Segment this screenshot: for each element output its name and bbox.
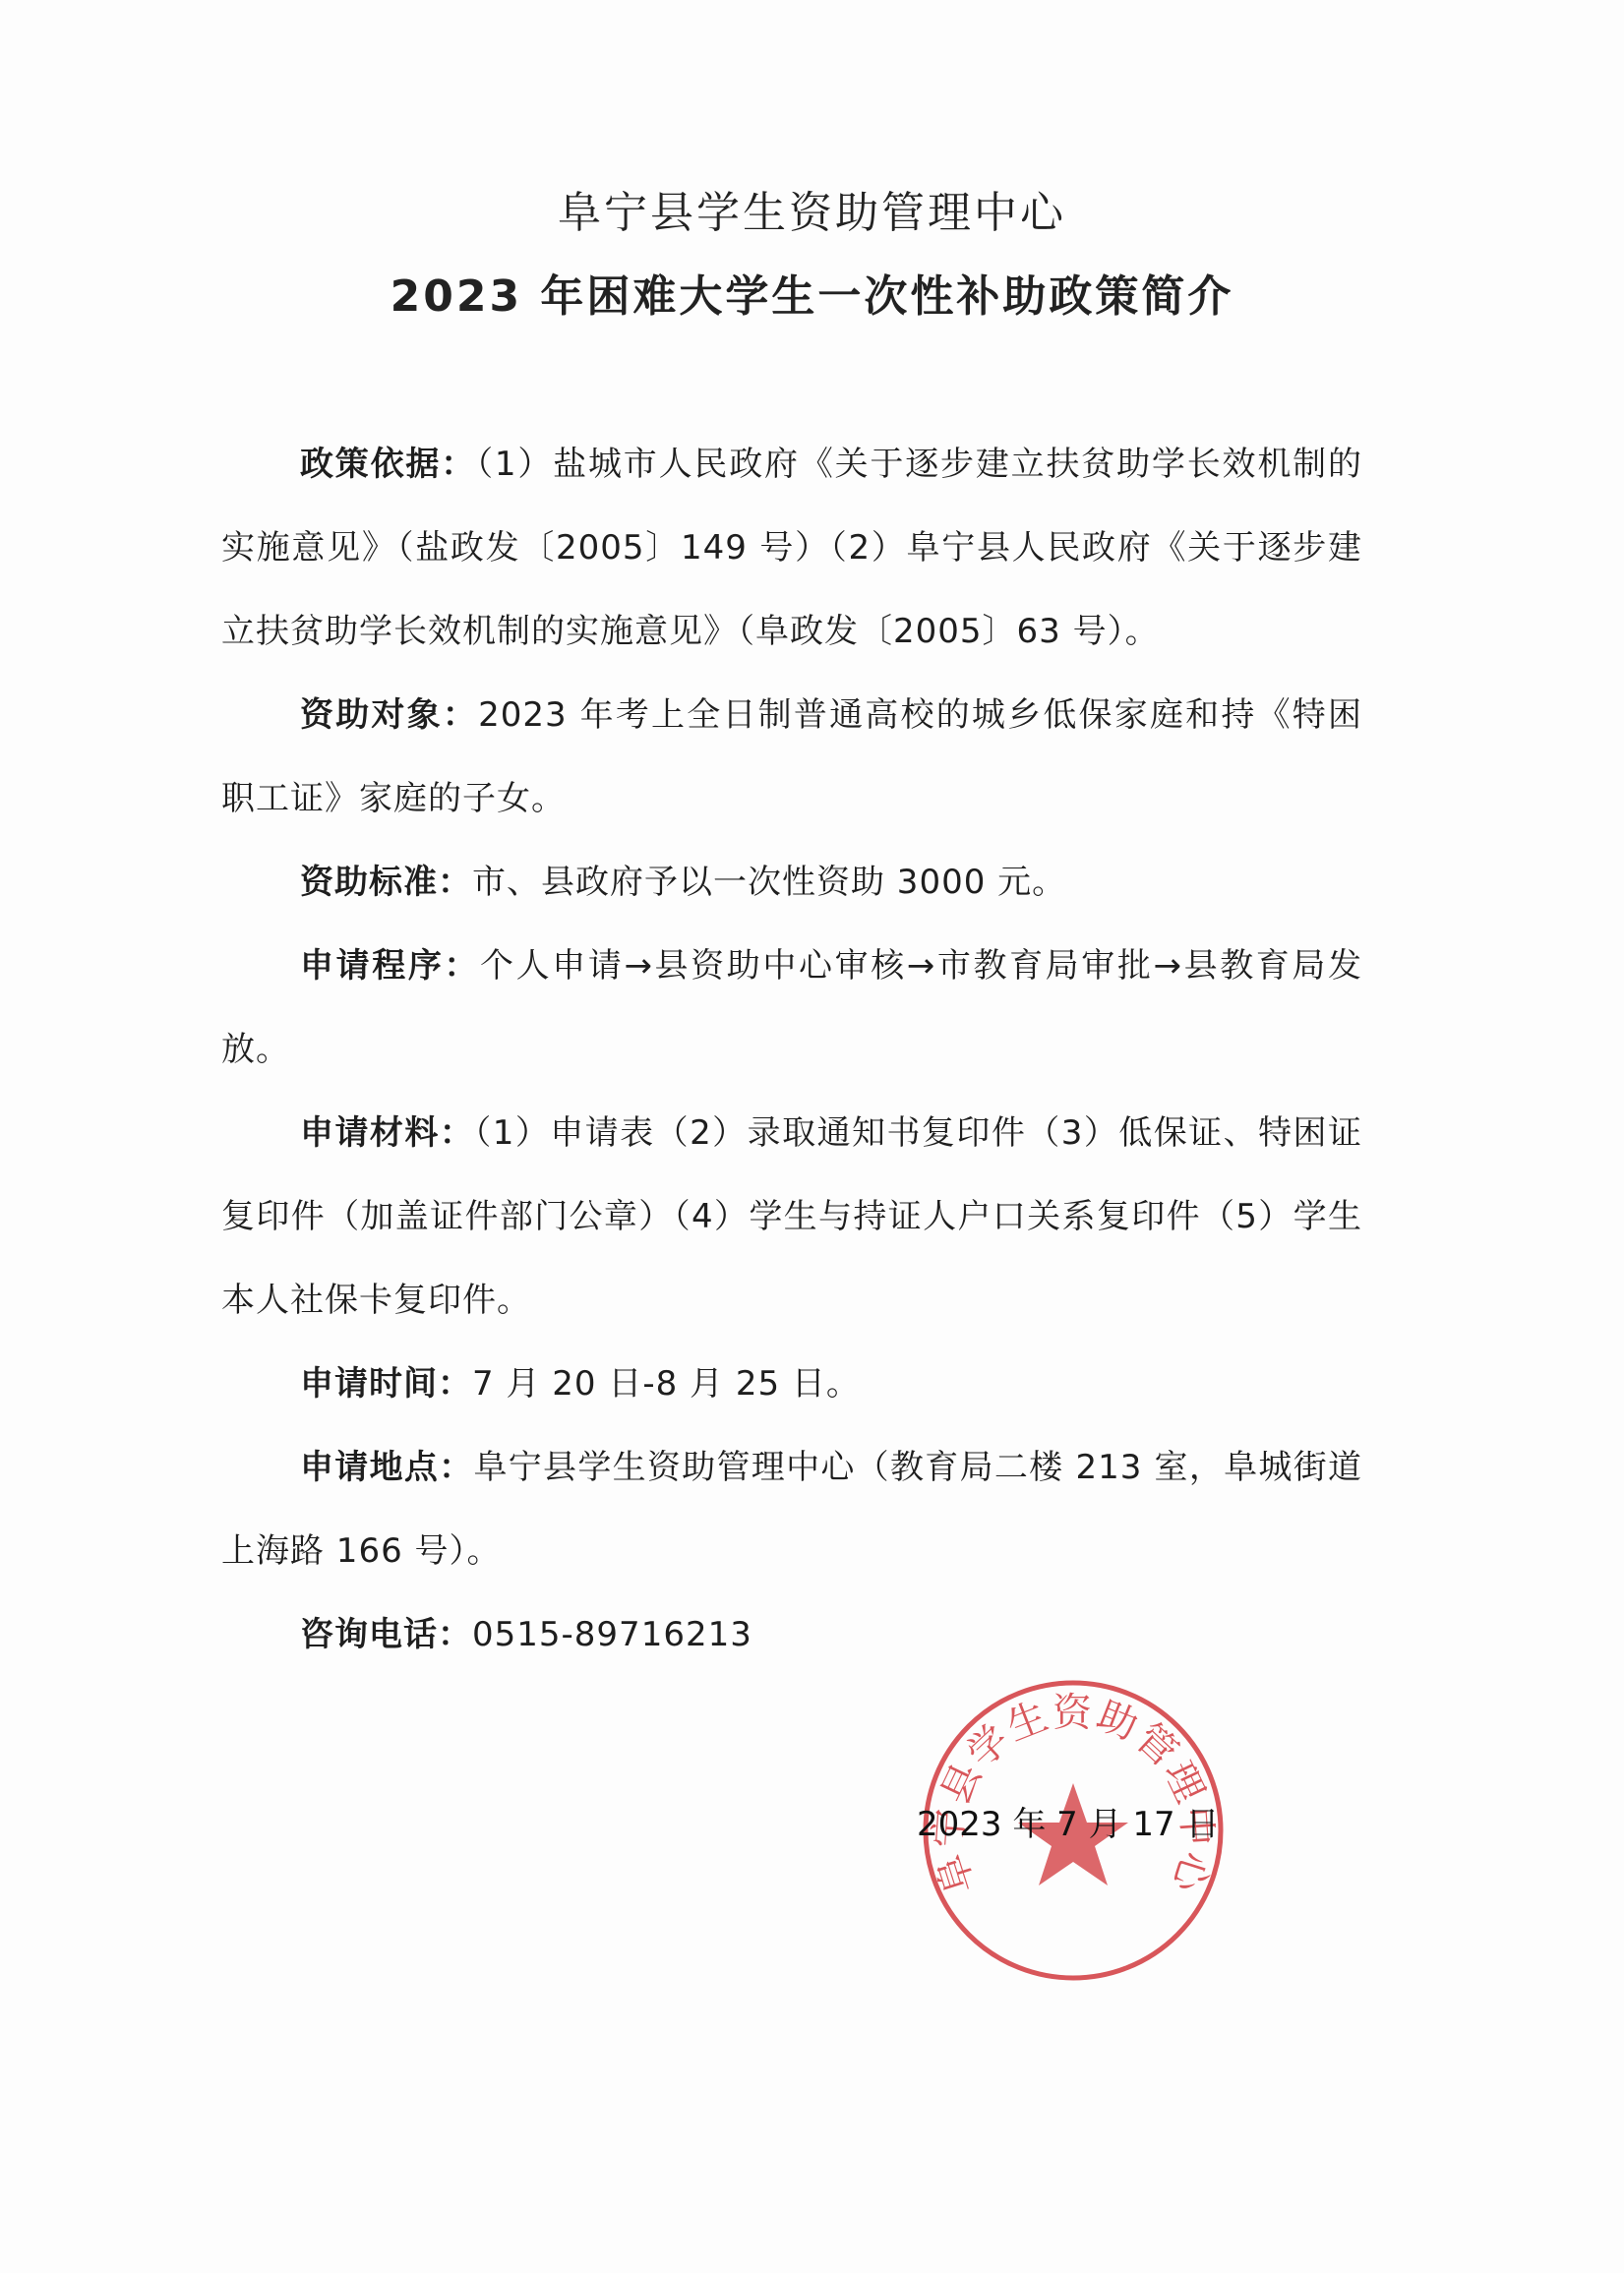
section-label: 申请地点： — [300, 1448, 473, 1487]
section-time: 申请时间：7 月 20 日-8 月 25 日。 — [221, 1343, 1362, 1426]
section-policy-basis: 政策依据：（1）盐城市人民政府《关于逐步建立扶贫助学长效机制的实施意见》（盐政发… — [221, 423, 1362, 674]
section-location: 申请地点：阜宁县学生资助管理中心（教育局二楼 213 室，阜城街道上海路 166… — [221, 1426, 1362, 1593]
section-procedure: 申请程序：个人申请→县资助中心审核→市教育局审批→县教育局发放。 — [221, 925, 1362, 1092]
document-body: 政策依据：（1）盐城市人民政府《关于逐步建立扶贫助学长效机制的实施意见》（盐政发… — [221, 423, 1362, 1677]
section-text: 市、县政府予以一次性资助 3000 元。 — [472, 863, 1066, 902]
section-recipients: 资助对象：2023 年考上全日制普通高校的城乡低保家庭和持《特困职工证》家庭的子… — [221, 674, 1362, 841]
document-date: 2023 年 7 月 17 日 — [917, 1797, 1219, 1845]
section-text: 0515-89716213 — [472, 1615, 752, 1654]
section-label: 资助对象： — [300, 695, 478, 735]
section-label: 资助标准： — [300, 863, 472, 902]
section-label: 申请材料： — [300, 1113, 474, 1153]
section-label: 咨询电话： — [300, 1615, 472, 1654]
section-label: 申请时间： — [300, 1364, 472, 1404]
section-label: 申请程序： — [300, 946, 480, 986]
section-materials: 申请材料：（1）申请表（2）录取通知书复印件（3）低保证、特困证复印件（加盖证件… — [221, 1092, 1362, 1343]
section-standard: 资助标准：市、县政府予以一次性资助 3000 元。 — [221, 841, 1362, 925]
section-text: 7 月 20 日-8 月 25 日。 — [472, 1364, 861, 1404]
document-title-org: 阜宁县学生资助管理中心 — [0, 177, 1624, 240]
section-label: 政策依据： — [300, 445, 476, 484]
section-phone: 咨询电话：0515-89716213 — [221, 1593, 1362, 1677]
document-title-subject: 2023 年困难大学生一次性补助政策简介 — [0, 261, 1624, 324]
